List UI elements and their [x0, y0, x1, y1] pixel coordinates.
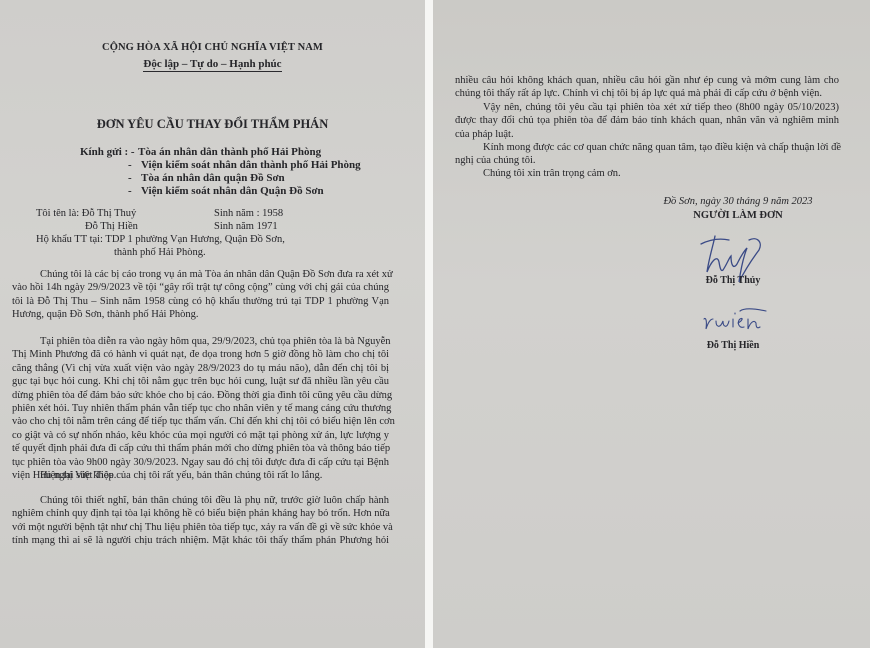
paragraph-continued: nhiều câu hỏi không khách quan, nhiều câ… [455, 74, 839, 101]
nation-header: CỘNG HÒA XÃ HỘI CHỦ NGHĨA VIỆT NAM [0, 42, 425, 53]
paragraph-defendants: Chúng tôi là các bị cáo trong vụ án mà T… [12, 268, 389, 322]
recipient-3: Tòa án nhân dân quận Đồ Sơn [141, 172, 285, 184]
residence: Hộ khẩu TT tại: TDP 1 phường Vạn Hương, … [36, 234, 285, 245]
paragraph-thanks: Chúng tôi xin trân trọng cảm ơn. [455, 167, 839, 180]
signer-name-1: Đỗ Thị Thủy [688, 275, 778, 286]
signature-hien-icon [700, 305, 770, 335]
petitioner-2: Đỗ Thị Hiền [85, 221, 138, 232]
residence-city: thành phố Hải Phòng. [114, 247, 206, 258]
addressee-label: Kính gửi : - [80, 146, 135, 158]
recipient-1: Tòa án nhân dân thành phố Hải Phòng [138, 146, 321, 158]
letter-page-1: CỘNG HÒA XÃ HỘI CHỦ NGHĨA VIỆT NAM Độc l… [0, 0, 425, 648]
page-gap [425, 0, 433, 648]
recipient-4: Viện kiểm soát nhân dân Quận Đồ Sơn [141, 185, 324, 197]
place-date: Đồ Sơn, ngày 30 tháng 9 năm 2023 [638, 196, 838, 207]
motto: Độc lập – Tự do – Hạnh phúc [0, 58, 425, 70]
paragraph-reasoning: Chúng tôi thiết nghĩ, bản thân chúng tôi… [12, 494, 389, 548]
paragraph-hearing: Tại phiên tòa diễn ra vào ngày hôm qua, … [12, 335, 389, 482]
document-title: ĐƠN YÊU CẦU THAY ĐỔI THẨM PHÁN [0, 117, 425, 132]
petitioner-1-birth: Sinh năm : 1958 [214, 208, 283, 219]
recipient-2: Viện kiểm soát nhân dân thành phố Hải Ph… [141, 159, 361, 171]
recipient-dash: - [128, 185, 132, 197]
petitioner-role: NGƯỜI LÀM ĐƠN [638, 210, 838, 221]
paragraph-request: Vậy nên, chúng tôi yêu cầu tại phiên tòa… [455, 101, 839, 141]
recipient-dash: - [128, 172, 132, 184]
recipient-dash: - [128, 159, 132, 171]
paragraph-hope: Kính mong được các cơ quan chức năng qua… [455, 141, 839, 168]
petitioner-1: Tôi tên là: Đỗ Thị Thuỷ [36, 208, 136, 219]
petitioner-2-birth: Sinh năm 1971 [214, 221, 278, 232]
signer-name-2: Đỗ Thị Hiền [688, 340, 778, 351]
paragraph-health: Hiện tại sức khỏe của chị tôi rất yếu, b… [12, 469, 389, 482]
